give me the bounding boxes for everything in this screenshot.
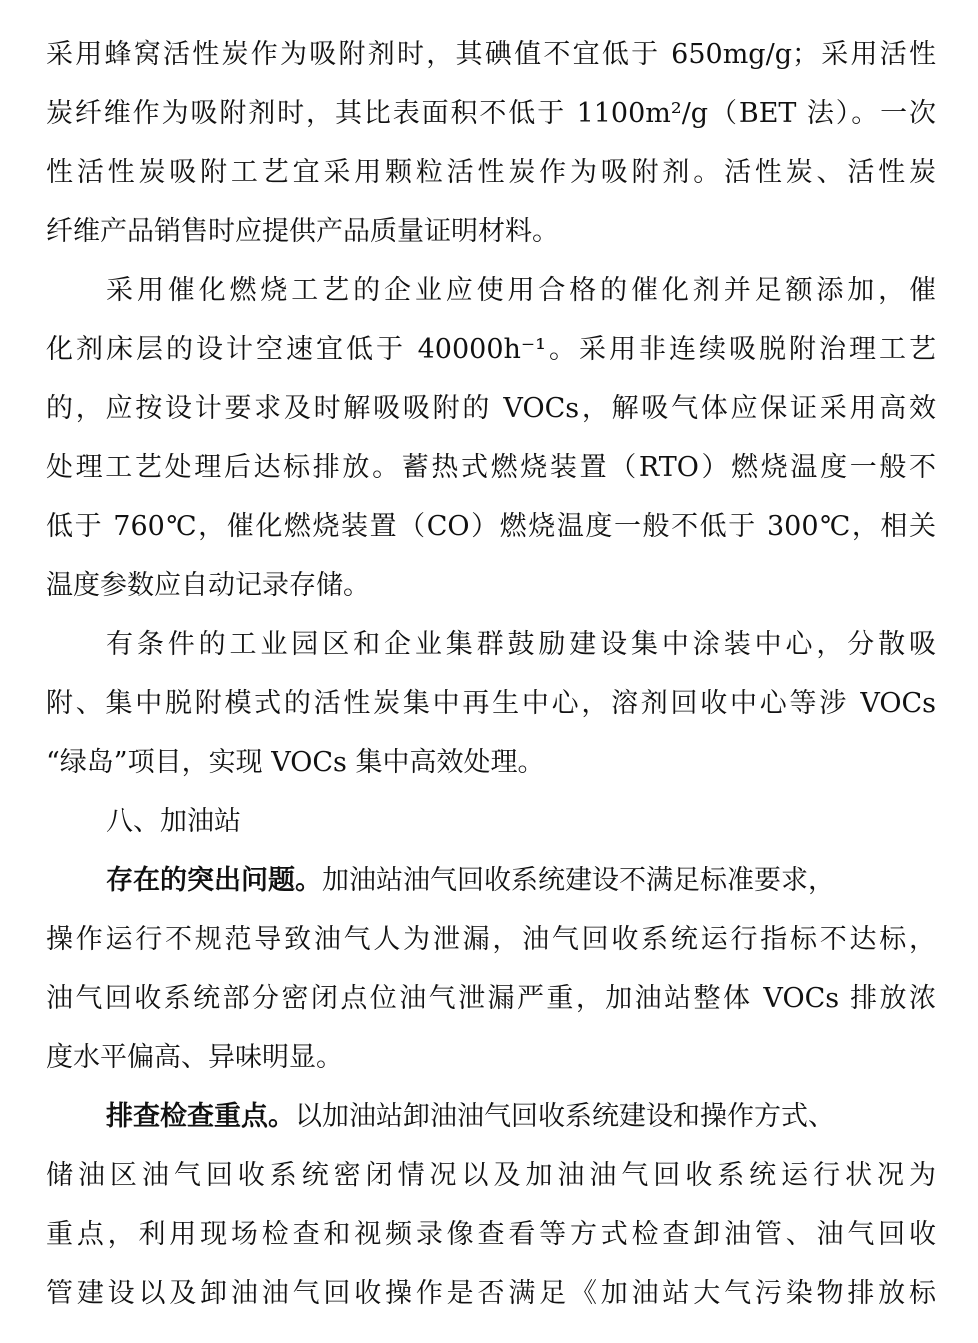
text-line: 温度参数应自动记录存储。 [46,556,936,615]
text-line: 操作运行不规范导致油气人为泄漏，油气回收系统运行指标不达标， [46,910,936,969]
text-line: 附、集中脱附模式的活性炭集中再生中心，溶剂回收中心等涉 VOCs [46,674,936,733]
document-page: 采用蜂窝活性炭作为吸附剂时，其碘值不宜低于 650mg/g；采用活性 炭纤维作为… [46,25,936,1323]
section-heading: 八、加油站 [46,792,936,851]
text-line: 油气回收系统部分密闭点位油气泄漏严重，加油站整体 VOCs 排放浓 [46,969,936,1028]
paragraph-activated-carbon: 采用蜂窝活性炭作为吸附剂时，其碘值不宜低于 650mg/g；采用活性 炭纤维作为… [46,25,936,261]
text-line: 的，应按设计要求及时解吸吸附的 VOCs，解吸气体应保证采用高效 [46,379,936,438]
text-line: 处理工艺处理后达标排放。蓄热式燃烧装置（RTO）燃烧温度一般不 [46,438,936,497]
text-line: 性活性炭吸附工艺宜采用颗粒活性炭作为吸附剂。活性炭、活性炭 [46,143,936,202]
text-line: 存在的突出问题。加油站油气回收系统建设不满足标准要求， [46,851,936,910]
problems-text: 加油站油气回收系统建设不满足标准要求， [322,865,835,896]
text-line: 化剂床层的设计空速宜低于 40000h⁻¹。采用非连续吸脱附治理工艺 [46,320,936,379]
inspection-lead: 排查检查重点。 [106,1101,295,1132]
text-line: 低于 760℃，催化燃烧装置（CO）燃烧温度一般不低于 300℃，相关 [46,497,936,556]
text-line: 管建设以及卸油油气回收操作是否满足《加油站大气污染物排放标 [46,1264,936,1323]
paragraph-green-island: 有条件的工业园区和企业集群鼓励建设集中涂装中心，分散吸 附、集中脱附模式的活性炭… [46,615,936,792]
text-line: 纤维产品销售时应提供产品质量证明材料。 [46,202,936,261]
problems-lead: 存在的突出问题。 [106,865,322,896]
text-line: 采用蜂窝活性炭作为吸附剂时，其碘值不宜低于 650mg/g；采用活性 [46,25,936,84]
text-line: 重点，利用现场检查和视频录像查看等方式检查卸油管、油气回收 [46,1205,936,1264]
text-line: 排查检查重点。以加油站卸油油气回收系统建设和操作方式、 [46,1087,936,1146]
text-line: 储油区油气回收系统密闭情况以及加油油气回收系统运行状况为 [46,1146,936,1205]
text-line: 采用催化燃烧工艺的企业应使用合格的催化剂并足额添加，催 [46,261,936,320]
paragraph-catalytic-combustion: 采用催化燃烧工艺的企业应使用合格的催化剂并足额添加，催 化剂床层的设计空速宜低于… [46,261,936,615]
text-line: 炭纤维作为吸附剂时，其比表面积不低于 1100m²/g（BET 法）。一次 [46,84,936,143]
paragraph-inspection: 排查检查重点。以加油站卸油油气回收系统建设和操作方式、 储油区油气回收系统密闭情… [46,1087,936,1323]
inspection-text: 以加油站卸油油气回收系统建设和操作方式、 [295,1101,835,1132]
paragraph-problems: 存在的突出问题。加油站油气回收系统建设不满足标准要求， 操作运行不规范导致油气人… [46,851,936,1087]
text-line: “绿岛”项目，实现 VOCs 集中高效处理。 [46,733,936,792]
text-line: 度水平偏高、异味明显。 [46,1028,936,1087]
text-line: 有条件的工业园区和企业集群鼓励建设集中涂装中心，分散吸 [46,615,936,674]
